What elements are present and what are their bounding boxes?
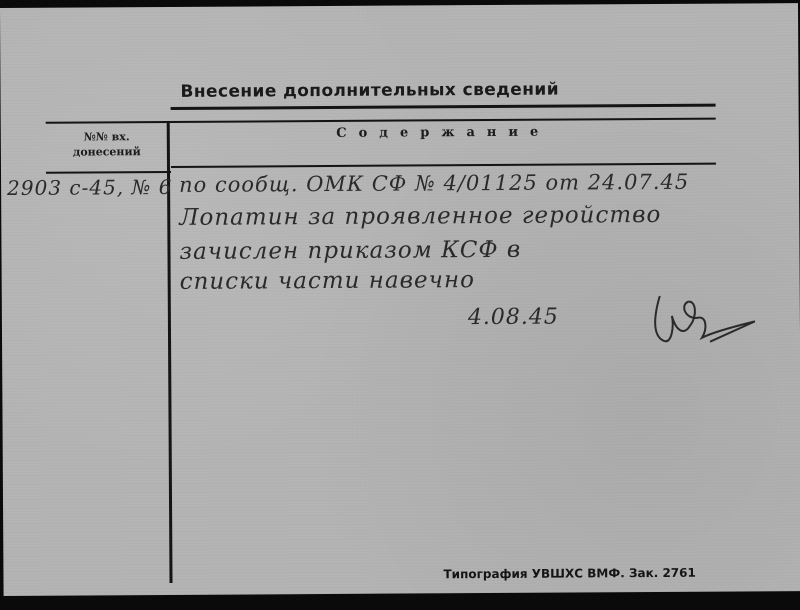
- form-title: Внесение дополнительных сведений: [180, 80, 559, 102]
- entry-date: 4.08.45: [468, 305, 559, 331]
- header-bottom-rule-right: [171, 163, 716, 168]
- header-bottom-rule-left: [46, 171, 171, 174]
- title-underline: [171, 104, 716, 110]
- content-line-1: по сообщ. ОМК СФ № 4/01125 от 24.07.45: [179, 170, 689, 197]
- content-line-2: Лопатин за проявленное геройство: [179, 202, 661, 231]
- column-header-content: Содержание: [171, 124, 716, 142]
- report-number-entry: 2903 с-45, № 6: [7, 175, 173, 200]
- content-line-3: зачислен приказом КСФ в: [179, 237, 521, 265]
- signature-mark: [650, 285, 760, 356]
- content-line-4: списки части навечно: [180, 267, 475, 295]
- printer-imprint: Типография УВШХС ВМФ. Зак. 2761: [443, 566, 695, 582]
- registration-card: Внесение дополнительных сведений №№ вх. …: [0, 3, 800, 596]
- table-top-rule: [46, 118, 716, 124]
- column-header-report-number: №№ вх. донесений: [51, 129, 163, 160]
